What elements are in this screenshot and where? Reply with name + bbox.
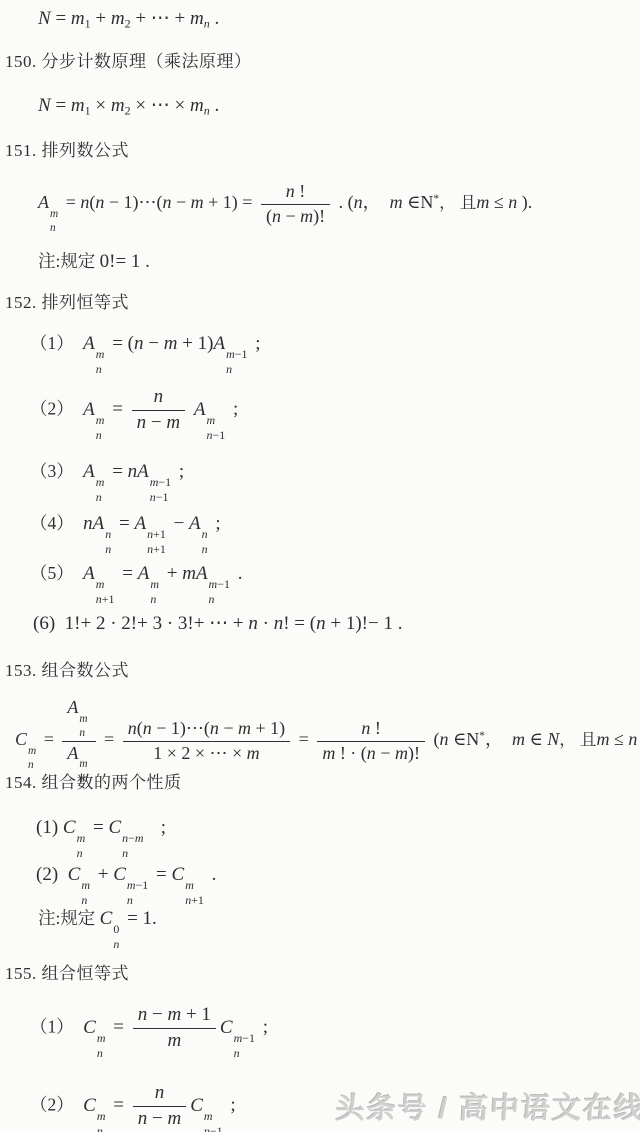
- math-symbol: ;: [174, 461, 184, 482]
- math-variable: C: [83, 1017, 96, 1038]
- math-symbol: [74, 333, 84, 354]
- scripted-term: Am−1n−1: [137, 461, 174, 482]
- math-symbol: =: [100, 729, 119, 749]
- math-variable: n: [105, 542, 111, 556]
- heading-150: 150. 分步计数原理（乘法原理）: [5, 50, 252, 74]
- math-variable: A: [83, 461, 95, 482]
- scripted-term: mn: [190, 95, 210, 116]
- scripted-term: m1: [71, 8, 91, 29]
- math-variable: m: [390, 192, 403, 212]
- subscript: n: [96, 430, 102, 442]
- script-stack: mn: [81, 880, 90, 907]
- math-symbol: +: [93, 864, 113, 885]
- script-stack: nn: [202, 529, 208, 556]
- scripted-term: Amn: [138, 563, 162, 584]
- math-symbol: −1: [156, 490, 169, 504]
- math-symbol: [74, 513, 84, 534]
- math-symbol: .: [210, 95, 220, 116]
- math-symbol: ;: [226, 1095, 236, 1116]
- cjk-text: （3）: [30, 461, 74, 481]
- math-variable: N: [38, 8, 51, 29]
- math-variable: m: [185, 878, 194, 892]
- math-variable: A: [134, 513, 146, 534]
- math-symbol: =: [109, 1095, 129, 1116]
- scripted-term: Cmn: [63, 817, 88, 838]
- math-symbol: )!: [313, 206, 325, 226]
- script-stack: mn: [97, 1111, 106, 1132]
- subscript: n: [77, 848, 83, 860]
- subscript: n: [105, 544, 111, 556]
- denominator: m: [133, 1029, 216, 1053]
- math-variable: n: [286, 181, 295, 201]
- math-variable: A: [93, 513, 105, 534]
- subscript: n: [234, 1048, 240, 1060]
- formula-151-permutation: Amn = n(n − 1)⋯(n − m + 1) = n !(n − m)!…: [38, 181, 532, 235]
- math-symbol: ∈: [403, 192, 421, 212]
- math-variable: A: [137, 461, 149, 482]
- subscript: n: [202, 544, 208, 556]
- subscript: n: [79, 728, 85, 739]
- math-variable: m: [96, 475, 105, 489]
- superscript: m: [96, 579, 105, 591]
- math-variable: n: [80, 192, 89, 212]
- math-variable: m: [167, 1108, 181, 1129]
- subscript: n: [226, 364, 232, 376]
- subscript: n: [150, 594, 156, 606]
- math-variable: n: [105, 527, 111, 541]
- script-stack: mn−1: [206, 415, 225, 442]
- math-variable: C: [100, 908, 113, 929]
- math-variable: m: [28, 745, 36, 757]
- math-symbol: (: [429, 729, 440, 749]
- subscript: n: [209, 594, 215, 606]
- denominator: (n − m)!: [261, 205, 330, 228]
- math-symbol: ∈: [448, 729, 466, 749]
- script-stack: m−1n: [226, 349, 247, 376]
- math-variable: n: [96, 490, 102, 504]
- fraction: n !m ! · (n − m)!: [317, 718, 425, 764]
- math-symbol: 1 × 2 × ⋯ ×: [153, 743, 246, 763]
- math-symbol: ×: [91, 95, 111, 116]
- math-variable: n: [50, 222, 56, 234]
- math-variable: m: [111, 8, 125, 29]
- math-variable: m: [150, 577, 159, 591]
- cjk-text: 注:规定: [38, 908, 100, 928]
- math-variable: n: [155, 1082, 165, 1103]
- math-variable: m: [96, 577, 105, 591]
- cjk-text: （2）: [30, 1095, 74, 1115]
- math-symbol: .: [233, 563, 243, 584]
- math-variable: n: [154, 386, 164, 407]
- math-variable: n: [248, 613, 258, 634]
- math-symbol: ;: [258, 1017, 268, 1038]
- math-symbol: ;: [250, 333, 260, 354]
- math-variable: C: [15, 729, 27, 749]
- math-variable: m: [81, 878, 90, 892]
- math-symbol: (2): [36, 864, 68, 885]
- math-variable: n: [274, 613, 284, 634]
- heading-152: 152. 排列恒等式: [5, 291, 129, 315]
- math-variable: n: [137, 412, 147, 433]
- superscript: n+1: [147, 529, 166, 541]
- superscript: m−1: [234, 1033, 255, 1045]
- math-symbol: =: [109, 1017, 129, 1038]
- math-variable: m: [79, 713, 87, 725]
- math-symbol: × ⋯ ×: [131, 95, 190, 116]
- math-symbol: !: [295, 181, 306, 201]
- item-154-2: (2) Cmn + Cm−1n = Cmn+1 .: [36, 862, 216, 907]
- superscript: m−1: [209, 579, 230, 591]
- math-variable: C: [68, 864, 81, 885]
- math-symbol: 0!= 1 .: [100, 251, 150, 272]
- math-variable: C: [63, 817, 76, 838]
- numerator: n(n − 1)⋯(n − m + 1): [123, 718, 290, 742]
- math-variable: m: [77, 831, 86, 845]
- math-symbol: ).: [517, 192, 532, 212]
- cjk-text: （1）: [30, 1017, 74, 1037]
- scripted-term: Cmn: [68, 864, 93, 885]
- math-symbol: + 1): [177, 333, 213, 354]
- math-variable: m: [71, 8, 85, 29]
- math-variable: m: [597, 729, 610, 749]
- scripted-term: Cmn: [83, 1017, 108, 1038]
- subscript: n: [97, 1048, 103, 1060]
- scripted-term: N*: [420, 192, 439, 212]
- math-variable: m: [206, 413, 215, 427]
- script-stack: m−1n: [127, 880, 148, 907]
- math-variable: m: [111, 95, 125, 116]
- math-symbol: ;: [147, 817, 167, 838]
- denominator: n − m: [133, 1107, 186, 1131]
- math-variable: m: [71, 95, 85, 116]
- subscript: n+1: [185, 895, 204, 907]
- math-symbol: .: [210, 8, 220, 29]
- math-variable: A: [196, 563, 208, 584]
- math-variable: m: [190, 8, 204, 29]
- math-variable: m: [97, 1031, 106, 1045]
- math-variable: m: [182, 563, 196, 584]
- math-variable: n: [209, 592, 215, 606]
- item-155-2: （2） Cmn = nn − mCmn−1 ;: [30, 1082, 236, 1132]
- math-symbol: [74, 563, 84, 584]
- math-variable: n: [138, 1108, 148, 1129]
- superscript: m: [150, 579, 159, 591]
- math-variable: m: [226, 347, 235, 361]
- math-variable: n: [95, 192, 104, 212]
- math-symbol: +1: [153, 527, 166, 541]
- math-symbol: +1: [153, 542, 166, 556]
- subscript: n−1: [150, 492, 169, 504]
- script-stack: mn: [79, 714, 87, 740]
- math-symbol: −: [169, 513, 189, 534]
- script-stack: 0n: [113, 924, 119, 951]
- math-variable: n: [202, 527, 208, 541]
- math-variable: m: [247, 743, 260, 763]
- math-variable: m: [167, 1004, 181, 1025]
- scripted-term: An+1n+1: [134, 513, 168, 534]
- script-stack: m−1n: [209, 579, 230, 606]
- math-variable: n: [226, 362, 232, 376]
- math-variable: n: [97, 1046, 103, 1060]
- scripted-term: Cmn+1: [172, 864, 207, 885]
- math-symbol: ·: [258, 613, 274, 634]
- script-stack: mn: [77, 833, 86, 860]
- scripted-term: Amn: [38, 192, 61, 212]
- item-152-5: （5） Amn+1 = Amn + mAm−1n .: [30, 561, 242, 606]
- superscript: m: [96, 349, 105, 361]
- script-stack: mn+1: [185, 880, 204, 907]
- math-symbol: +: [91, 8, 111, 29]
- scripted-term: Am−1n: [213, 333, 250, 354]
- scripted-term: Amn: [83, 333, 107, 354]
- cjk-text: ， 且: [559, 730, 596, 749]
- math-variable: m: [191, 192, 204, 212]
- math-variable: n: [272, 206, 281, 226]
- math-symbol: 0: [113, 922, 119, 936]
- math-variable: A: [138, 563, 150, 584]
- item-152-4: （4） nAnn = An+1n+1 − Ann ;: [30, 511, 221, 556]
- math-symbol: =: [51, 8, 71, 29]
- math-symbol: ! = (: [283, 613, 316, 634]
- math-variable: C: [190, 1095, 203, 1116]
- math-variable: m: [135, 831, 144, 845]
- math-symbol: =: [39, 729, 58, 749]
- math-variable: n: [96, 362, 102, 376]
- scripted-term: Amn: [67, 697, 90, 717]
- math-variable: m: [234, 1031, 243, 1045]
- math-symbol: + 1)!− 1 .: [326, 613, 403, 634]
- scripted-term: Cm−1n: [220, 1017, 258, 1038]
- item-152-3: （3） Amn = nAm−1n−1 ;: [30, 459, 184, 504]
- scripted-term: Cmn: [15, 729, 39, 749]
- superscript: m: [206, 415, 215, 427]
- script-stack: n+1n+1: [147, 529, 166, 556]
- item-152-1: （1） Amn = (n − m + 1)Am−1n ;: [30, 331, 261, 376]
- math-variable: m: [190, 95, 204, 116]
- math-symbol: −: [128, 831, 135, 845]
- scripted-term: Ann: [93, 513, 115, 534]
- math-variable: n: [96, 428, 102, 442]
- superscript: m: [185, 880, 194, 892]
- math-variable: n: [508, 192, 517, 212]
- scripted-term: m2: [111, 95, 131, 116]
- fraction: n !(n − m)!: [261, 181, 330, 227]
- math-symbol: [74, 461, 84, 482]
- scripted-term: C0n: [100, 908, 123, 929]
- superscript: n: [202, 529, 208, 541]
- math-variable: A: [83, 563, 95, 584]
- cjk-text: （4）: [30, 513, 74, 533]
- math-variable: A: [38, 192, 49, 212]
- math-symbol: N: [420, 192, 433, 212]
- math-variable: n: [83, 513, 93, 534]
- math-symbol: −: [219, 718, 238, 738]
- scripted-term: Cn−mn: [108, 817, 146, 838]
- math-variable: n: [28, 759, 34, 771]
- numerator: Amn: [62, 697, 95, 742]
- script-stack: mn: [96, 415, 105, 442]
- fraction: nn − m: [133, 1082, 186, 1131]
- scripted-term: Ann: [189, 513, 211, 534]
- math-variable: A: [194, 399, 206, 420]
- subscript: n+1: [147, 544, 166, 556]
- math-variable: N: [547, 729, 559, 749]
- superscript: n: [105, 529, 111, 541]
- math-variable: C: [172, 864, 185, 885]
- script-stack: mn−1: [204, 1111, 223, 1132]
- math-symbol: =: [118, 563, 138, 584]
- formula-150-addition: N = m1 + m2 + ⋯ + mn .: [38, 6, 219, 33]
- math-variable: n: [138, 1004, 148, 1025]
- document-page: N = m1 + m2 + ⋯ + mn . 150. 分步计数原理（乘法原理）…: [0, 0, 640, 1132]
- math-variable: m: [512, 729, 525, 749]
- math-variable: n: [113, 937, 119, 951]
- math-symbol: −: [147, 1108, 167, 1129]
- math-variable: C: [83, 1095, 96, 1116]
- script-stack: mn: [97, 1033, 106, 1060]
- math-variable: m: [209, 577, 218, 591]
- math-variable: n: [128, 718, 137, 738]
- math-symbol: .: [207, 864, 217, 885]
- superscript: m: [77, 833, 86, 845]
- subscript: n−1: [206, 430, 225, 442]
- superscript: m: [50, 209, 58, 220]
- fraction: n(n − 1)⋯(n − m + 1)1 × 2 × ⋯ × m: [123, 718, 290, 764]
- math-variable: m: [167, 1030, 181, 1051]
- math-variable: m: [79, 758, 87, 770]
- math-variable: A: [83, 333, 95, 354]
- math-variable: A: [189, 513, 201, 534]
- math-variable: m: [300, 206, 313, 226]
- subscript: n+1: [96, 594, 115, 606]
- scripted-term: Cm−1n: [113, 864, 151, 885]
- superscript: m: [96, 415, 105, 427]
- math-variable: m: [204, 1109, 213, 1123]
- script-stack: mn: [150, 579, 159, 606]
- math-variable: n: [234, 1046, 240, 1060]
- math-variable: m: [238, 718, 251, 738]
- math-symbol: + ⋯ +: [131, 8, 190, 29]
- math-symbol: = 1.: [122, 908, 156, 929]
- denominator: 1 × 2 × ⋯ × m: [123, 742, 290, 765]
- subscript: n: [97, 1126, 103, 1132]
- watermark: 头条号 / 高中语文在线: [335, 1086, 640, 1127]
- scripted-term: Cmn−1: [190, 1095, 225, 1116]
- math-variable: n: [210, 718, 219, 738]
- math-symbol: +: [162, 563, 182, 584]
- math-variable: n: [354, 192, 363, 212]
- subscript: n: [28, 760, 34, 771]
- cjk-text: （5）: [30, 563, 74, 583]
- heading-155: 155. 组合恒等式: [5, 962, 129, 986]
- math-variable: n: [143, 718, 152, 738]
- math-symbol: ，: [363, 192, 390, 212]
- math-symbol: + 1): [251, 718, 285, 738]
- scripted-term: Amn: [83, 461, 107, 482]
- math-variable: m: [164, 333, 178, 354]
- numerator: n !: [261, 181, 330, 205]
- math-variable: n: [128, 461, 138, 482]
- math-symbol: . (: [334, 192, 354, 212]
- item-155-1: （1） Cmn = n − m + 1mCm−1n ;: [30, 1004, 268, 1060]
- math-symbol: −1: [210, 1124, 223, 1132]
- scripted-term: m1: [71, 95, 91, 116]
- math-symbol: ≤: [610, 729, 629, 749]
- script-stack: nn: [105, 529, 111, 556]
- math-symbol: =: [61, 192, 80, 212]
- math-variable: n: [150, 592, 156, 606]
- math-symbol: −: [376, 743, 395, 763]
- math-symbol: N: [466, 729, 479, 749]
- math-symbol: =: [107, 461, 127, 482]
- math-symbol: [74, 1017, 84, 1038]
- superscript: m: [79, 759, 87, 770]
- subscript: n: [96, 492, 102, 504]
- math-variable: n: [77, 846, 83, 860]
- math-variable: m: [96, 347, 105, 361]
- superscript: m: [97, 1111, 106, 1123]
- numerator: n !: [317, 718, 425, 742]
- heading-153: 153. 组合数公式: [5, 659, 129, 683]
- scripted-term: Amn: [83, 399, 107, 420]
- denominator: n − m: [132, 411, 185, 435]
- cjk-text: （1）: [30, 333, 74, 353]
- superscript: m−1: [150, 477, 171, 489]
- scripted-term: Amn−1: [194, 399, 228, 420]
- superscript: m: [28, 746, 36, 757]
- math-symbol: − 1)⋯(: [104, 192, 162, 212]
- cjk-text: （2）: [30, 399, 74, 419]
- math-symbol: −: [281, 206, 300, 226]
- script-stack: mn: [28, 746, 36, 772]
- numerator: n: [133, 1082, 186, 1107]
- math-symbol: −: [143, 333, 163, 354]
- math-symbol: −1: [136, 878, 149, 892]
- math-symbol: (1): [36, 817, 63, 838]
- item-152-2: （2） Amn = nn − m Amn−1 ;: [30, 386, 238, 442]
- math-symbol: = (: [107, 333, 134, 354]
- scripted-term: m2: [111, 8, 131, 29]
- math-symbol: −1: [158, 475, 171, 489]
- superscript: m: [79, 714, 87, 725]
- superscript: m−1: [127, 880, 148, 892]
- heading-151: 151. 排列数公式: [5, 139, 129, 163]
- math-variable: m: [476, 192, 489, 212]
- item-152-6: (6) 1!+ 2 · 2!+ 3 · 3!+ ⋯ + n · n! = (n …: [33, 611, 402, 638]
- math-variable: C: [113, 864, 126, 885]
- superscript: n−m: [122, 833, 143, 845]
- script-stack: m−1n−1: [150, 477, 171, 504]
- math-variable: n: [122, 846, 128, 860]
- scripted-term: Amm: [67, 743, 90, 763]
- script-stack: mn: [96, 349, 105, 376]
- cjk-text: 注:规定: [38, 251, 100, 271]
- script-stack: mn: [50, 209, 58, 235]
- math-symbol: + 1: [181, 1004, 211, 1025]
- numerator: n: [132, 386, 185, 411]
- superscript: m−1: [226, 349, 247, 361]
- math-variable: n: [97, 1124, 103, 1132]
- math-symbol: =: [151, 864, 171, 885]
- math-variable: m: [96, 413, 105, 427]
- superscript: m: [96, 477, 105, 489]
- scripted-term: Cmn: [83, 1095, 108, 1116]
- scripted-term: Amn+1: [83, 563, 117, 584]
- subscript: n: [122, 848, 128, 860]
- math-variable: C: [108, 817, 121, 838]
- heading-154: 154. 组合数的两个性质: [5, 771, 182, 795]
- formula-150-multiplication: N = m1 × m2 × ⋯ × mn .: [38, 93, 219, 120]
